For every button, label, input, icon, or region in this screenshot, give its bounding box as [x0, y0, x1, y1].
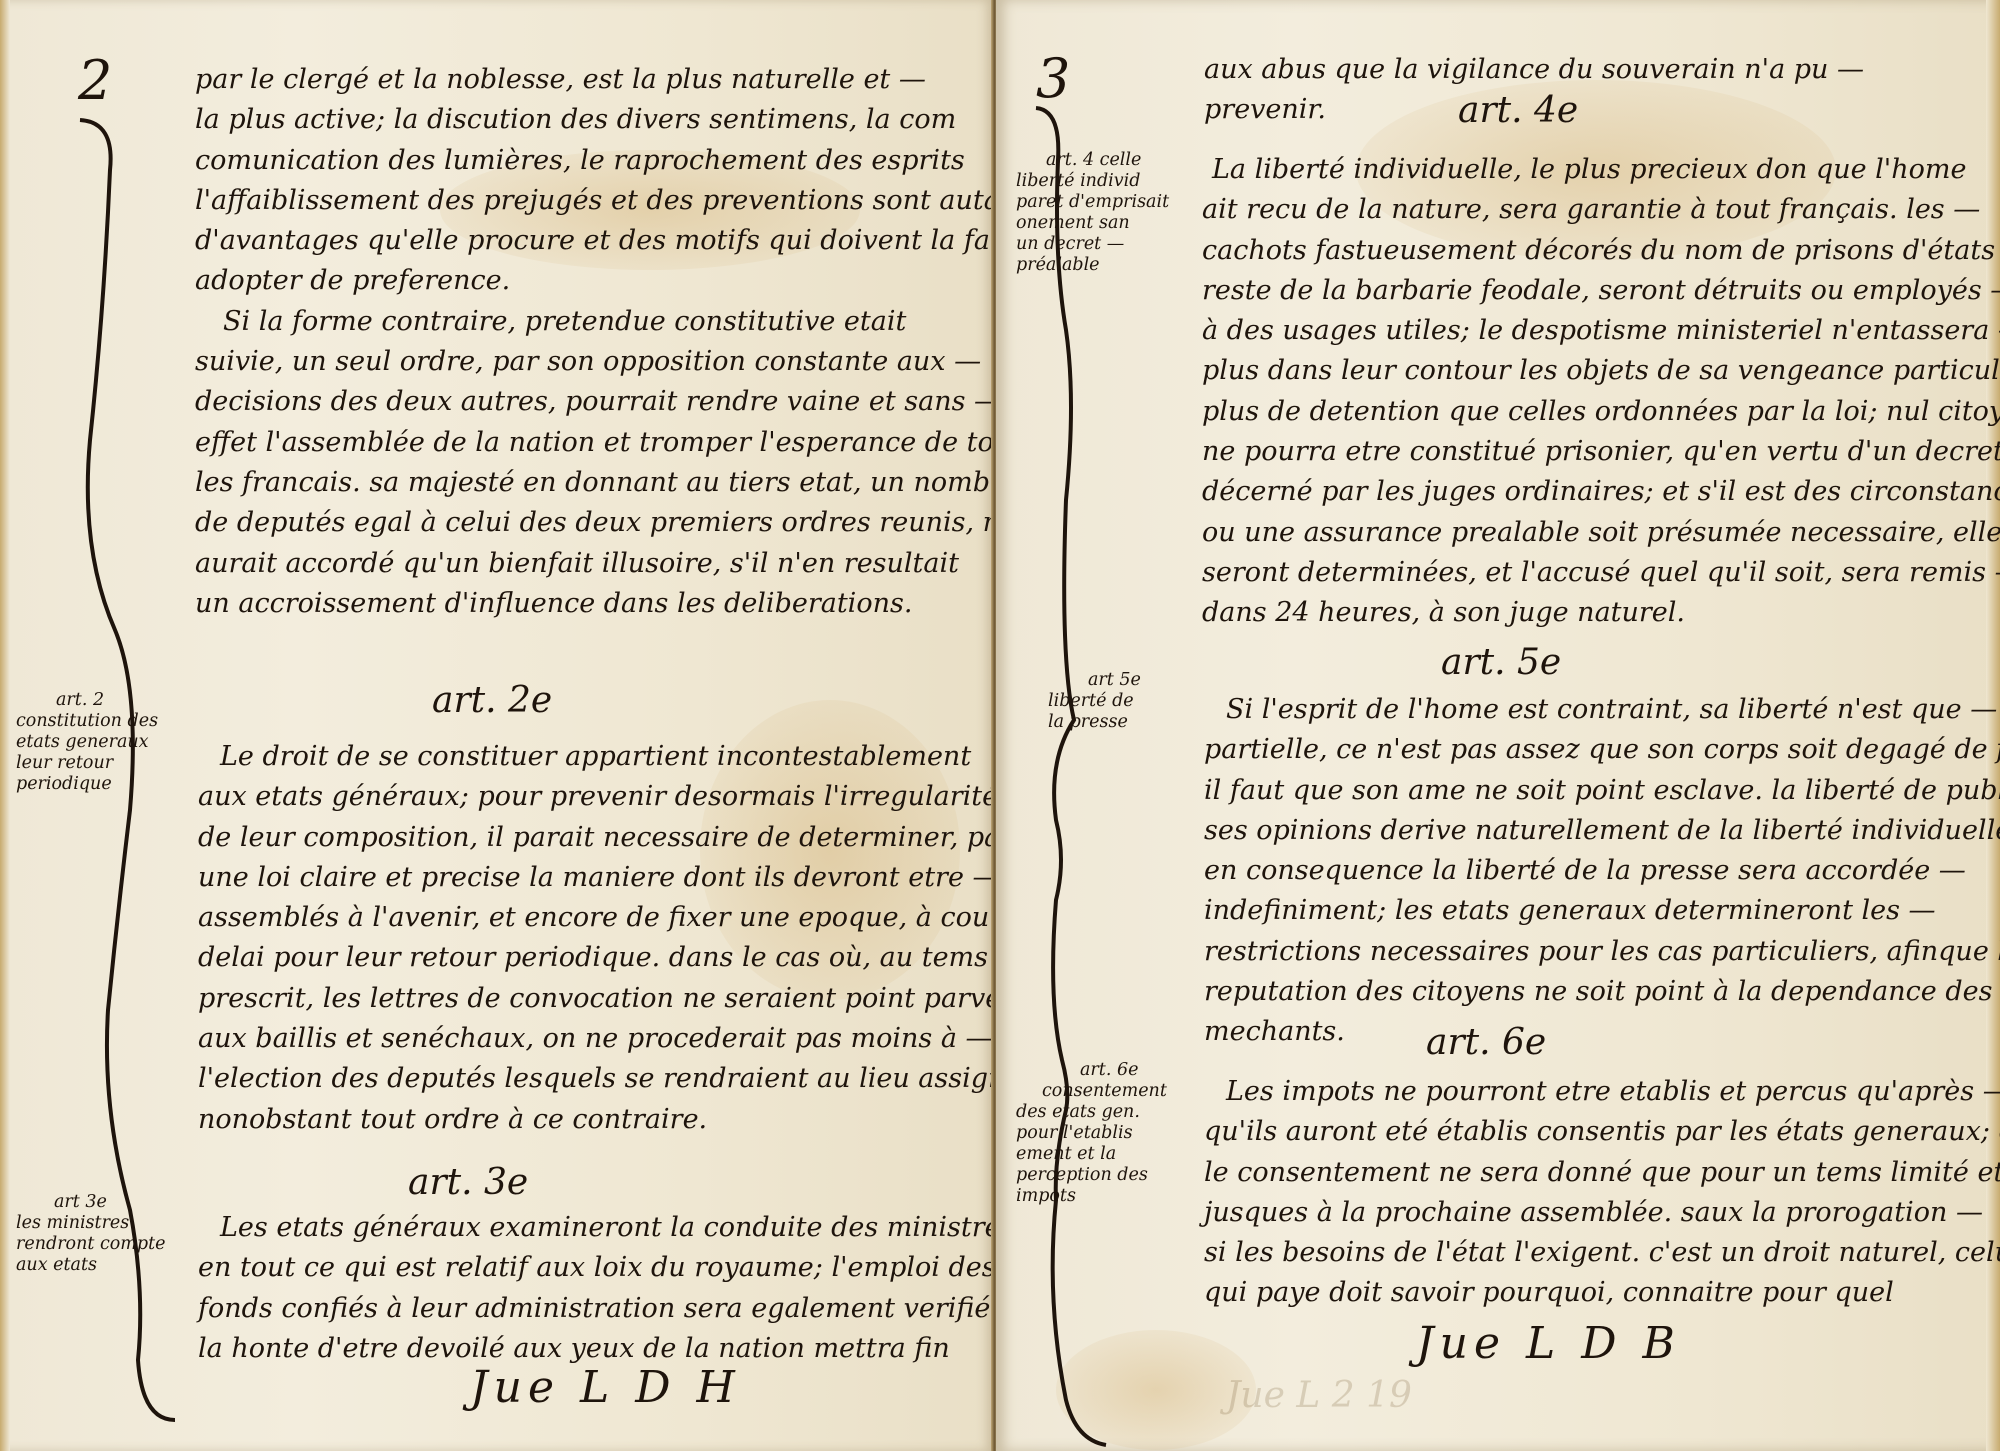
text-line: Si la forme contraire, pretendue constit…	[195, 302, 993, 342]
text-line: aux baillis et senéchaux, on ne proceder…	[198, 1019, 993, 1059]
text-line: adopter de preference.	[195, 261, 993, 301]
text-line: restrictions necessaires pour les cas pa…	[1204, 932, 2000, 972]
article-2-text: Le droit de se constituer appartient inc…	[198, 737, 993, 1140]
text-line: aurait accordé qu'un bienfait illusoire,…	[195, 544, 993, 584]
text-line: la plus active; la discution des divers …	[195, 100, 993, 140]
text-line: aux abus que la vigilance du souverain n…	[1204, 50, 1864, 90]
text-line: ne pourra etre constitué prisonier, qu'e…	[1202, 432, 2000, 472]
text-line: ou une assurance prealable soit présumée…	[1202, 513, 2000, 553]
margin-note-article-4: art. 4 celle liberté individ paret d'emp…	[1016, 150, 1169, 276]
text-line: indefiniment; les etats generaux determi…	[1204, 891, 2000, 931]
text-line: delai pour leur retour periodique. dans …	[198, 938, 993, 978]
page-number: 3	[1036, 52, 1070, 106]
right-page: Jue L 2 19 3 aux abus que la vigilance d…	[996, 0, 2000, 1451]
text-line: jusques à la prochaine assemblée. saux l…	[1204, 1193, 2000, 1233]
text-line: par le clergé et la noblesse, est la plu…	[195, 60, 993, 100]
text-line: de leur composition, il parait necessair…	[198, 818, 993, 858]
text-line: La liberté individuelle, le plus precieu…	[1202, 150, 2000, 190]
page-number: 2	[78, 54, 112, 108]
article-6-text: Les impots ne pourront etre etablis et p…	[1204, 1072, 2000, 1314]
margin-note-article-2: art. 2 constitution des etats generaux l…	[16, 690, 158, 795]
article-heading: art. 3e	[408, 1162, 528, 1203]
text-line: Les etats généraux examineront la condui…	[198, 1208, 993, 1248]
article-heading: art. 6e	[1426, 1022, 1546, 1063]
text-line: nonobstant tout ordre à ce contraire.	[198, 1100, 993, 1140]
text-line: il faut que son ame ne soit point esclav…	[1204, 771, 2000, 811]
text-line: comunication des lumières, le raprocheme…	[195, 141, 993, 181]
margin-note-article-5: art 5e liberté de la presse	[1048, 670, 1141, 733]
text-line: aux etats généraux; pour prevenir desorm…	[198, 777, 993, 817]
article-3-text: Les etats généraux examineront la condui…	[198, 1208, 993, 1369]
article-heading: art. 5e	[1441, 642, 1561, 683]
text-line: fonds confiés à leur administration sera…	[198, 1289, 993, 1329]
text-line: seront determinées, et l'accusé quel qu'…	[1202, 553, 2000, 593]
text-line: qui paye doit savoir pourquoi, connaitre…	[1204, 1273, 2000, 1313]
text-line: assemblés à l'avenir, et encore de fixer…	[198, 898, 993, 938]
manuscript-spread: 2 par le clergé et la noblesse, est la p…	[0, 0, 2000, 1451]
article-4-text: La liberté individuelle, le plus precieu…	[1202, 150, 2000, 634]
page-edge	[0, 0, 10, 1451]
text-line: reputation des citoyens ne soit point à …	[1204, 972, 2000, 1012]
text-line: prescrit, les lettres de convocation ne …	[198, 979, 993, 1019]
text-line: un accroissement d'influence dans les de…	[195, 584, 993, 624]
text-line: ses opinions derive naturellement de la …	[1204, 811, 2000, 851]
text-line: Le droit de se constituer appartient inc…	[198, 737, 993, 777]
text-line: plus de detention que celles ordonnées p…	[1202, 392, 2000, 432]
article-heading: art. 2e	[432, 680, 552, 721]
margin-bracket-line	[1026, 100, 1146, 1450]
body-text-intro: par le clergé et la noblesse, est la plu…	[195, 60, 993, 624]
text-line: Si l'esprit de l'home est contraint, sa …	[1204, 690, 2000, 730]
text-line: de deputés egal à celui des deux premier…	[195, 503, 993, 543]
text-line: à des usages utiles; le despotisme minis…	[1202, 311, 2000, 351]
text-line: ait recu de la nature, sera garantie à t…	[1202, 190, 2000, 230]
text-line: mechants.	[1204, 1012, 2000, 1052]
text-line: reste de la barbarie feodale, seront dét…	[1202, 271, 2000, 311]
bleed-through-signature: Jue L 2 19	[1226, 1375, 1412, 1416]
text-line: qu'ils auront eté établis consentis par …	[1204, 1112, 2000, 1152]
text-line: suivie, un seul ordre, par son oppositio…	[195, 342, 993, 382]
left-page: 2 par le clergé et la noblesse, est la p…	[0, 0, 993, 1451]
text-line: d'avantages qu'elle procure et des motif…	[195, 221, 993, 261]
article-5-text: Si l'esprit de l'home est contraint, sa …	[1204, 690, 2000, 1053]
text-line: une loi claire et precise la maniere don…	[198, 858, 993, 898]
margin-note-article-3: art 3e les ministres rendront compte aux…	[16, 1192, 166, 1276]
text-line: cachots fastueusement décorés du nom de …	[1202, 231, 2000, 271]
signature-initials: Jue L D B	[1416, 1318, 1681, 1369]
text-line: si les besoins de l'état l'exigent. c'es…	[1204, 1233, 2000, 1273]
text-line: en tout ce qui est relatif aux loix du r…	[198, 1248, 993, 1288]
signature-initials: Jue L D H	[470, 1362, 741, 1413]
text-line: decisions des deux autres, pourrait rend…	[195, 382, 993, 422]
text-line: plus dans leur contour les objets de sa …	[1202, 351, 2000, 391]
article-heading: art. 4e	[1458, 90, 1578, 131]
text-line: dans 24 heures, à son juge naturel.	[1202, 593, 2000, 633]
text-line: en consequence la liberté de la presse s…	[1204, 851, 2000, 891]
text-line: le consentement ne sera donné que pour u…	[1204, 1153, 2000, 1193]
text-line: partielle, ce n'est pas assez que son co…	[1204, 730, 2000, 770]
text-line: l'affaiblissement des prejugés et des pr…	[195, 181, 993, 221]
text-line: décerné par les juges ordinaires; et s'i…	[1202, 472, 2000, 512]
margin-note-article-6: art. 6e consentement des etats gen. pour…	[1016, 1060, 1167, 1207]
text-line: effet l'assemblée de la nation et trompe…	[195, 423, 993, 463]
text-line: l'election des deputés lesquels se rendr…	[198, 1059, 993, 1099]
text-line: les francais. sa majesté en donnant au t…	[195, 463, 993, 503]
text-line: Les impots ne pourront etre etablis et p…	[1204, 1072, 2000, 1112]
